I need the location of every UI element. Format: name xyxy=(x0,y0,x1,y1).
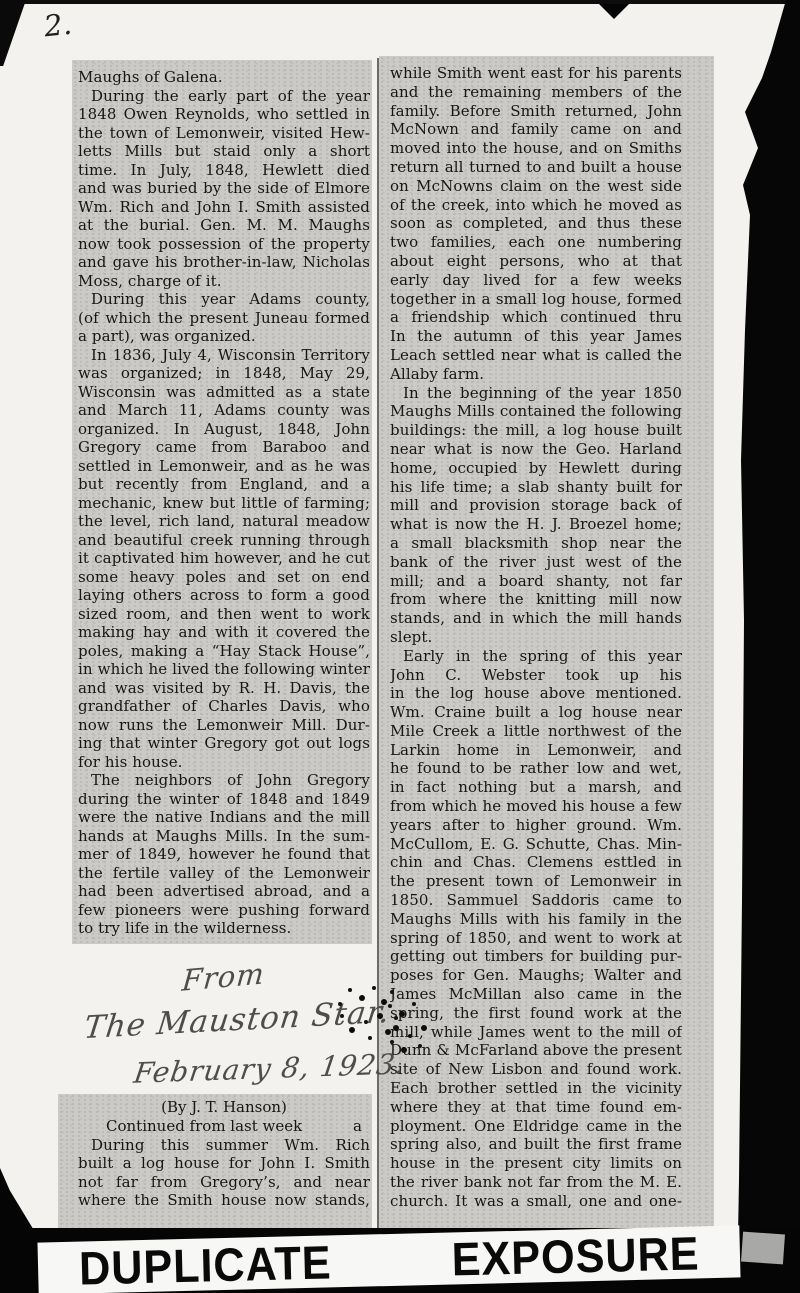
ink-splatter xyxy=(338,1002,342,1006)
text-line: McCullom, E. G. Schutte, Chas. Min- xyxy=(390,835,682,854)
text-line: Each brother settled in the vicinity xyxy=(390,1079,682,1098)
text-line: where they at that time found em- xyxy=(390,1098,682,1117)
text-line: Gregory came from Baraboo and xyxy=(78,438,370,457)
text-line: McNown and family came on and xyxy=(390,120,682,139)
article-left-column-bottom: During this summer Wm. Richbuilt a log h… xyxy=(78,1136,370,1210)
text-line: organized. In August, 1848, John xyxy=(78,420,370,439)
text-line: years after to higher ground. Wm. xyxy=(390,816,682,835)
text-line: not far from Gregory’s, and near xyxy=(78,1173,370,1192)
text-line: John C. Webster took up his residence xyxy=(390,666,682,685)
text-line: mill and provision storage back of xyxy=(390,496,682,515)
text-line: the fertile valley of the Lemonweir xyxy=(78,864,370,883)
text-line: slept. xyxy=(390,628,682,647)
photo-tear-fragment xyxy=(741,1232,785,1265)
text-line: now runs the Lemonweir Mill. Dur- xyxy=(78,716,370,735)
text-line: In the beginning of the year 1850 xyxy=(390,384,682,403)
text-line: during the winter of 1848 and 1849 xyxy=(78,790,370,809)
text-line: in fact nothing but a marsh, and xyxy=(390,778,682,797)
article-byline-section: (By J. T. Hanson) Continued from last we… xyxy=(58,1094,372,1232)
text-line: hands at Maughs Mills. In the sum- xyxy=(78,827,370,846)
stamp-word-exposure: EXPOSURE xyxy=(451,1225,700,1286)
text-line: ing that winter Gregory got out logs xyxy=(78,734,370,753)
text-line: while Smith went east for his parents xyxy=(390,64,682,83)
text-line: the present town of Lemonweir in xyxy=(390,872,682,891)
paragraph: Maughs of Galena. xyxy=(78,68,368,87)
text-line: time. In July, 1848, Hewlett died xyxy=(78,161,370,180)
text-line: spring of 1850, and went to work at xyxy=(390,929,682,948)
ink-splatter xyxy=(388,1004,392,1008)
text-line: was organized; in 1848, May 29, xyxy=(78,364,370,383)
text-line: buildings: the mill, a log house built xyxy=(390,421,682,440)
text-line: ployment. One Eldridge came in the xyxy=(390,1117,682,1136)
handwriting-line-date: February 8, 1923. xyxy=(132,1047,408,1090)
paragraph: The neighbors of John Gregoryduring the … xyxy=(78,771,368,938)
paragraph: In 1836, July 4, Wisconsin Territorywas … xyxy=(78,346,368,772)
text-line: together in a small log house, formed xyxy=(390,290,682,309)
text-line: had been advertised abroad, and a xyxy=(78,882,370,901)
photo-corner-top-left xyxy=(0,0,26,66)
text-line: from where the knitting mill now xyxy=(390,590,682,609)
text-line: in the log house above mentioned. xyxy=(390,684,682,703)
text-line: a small blacksmith shop near the xyxy=(390,534,682,553)
text-line: where the Smith house now stands, xyxy=(78,1191,370,1210)
continued-line: Continued from last week a xyxy=(78,1117,370,1136)
text-line: were the native Indians and the mill xyxy=(78,808,370,827)
text-line: for his house. xyxy=(78,753,370,772)
text-line: return all turned to and built a house xyxy=(390,158,682,177)
stamp-word-duplicate: DUPLICATE xyxy=(78,1234,332,1293)
text-line: it captivated him however, and he cut xyxy=(78,549,370,568)
text-line: and was buried by the side of Elmore xyxy=(78,179,370,198)
text-line: and was visited by R. H. Davis, the xyxy=(78,679,370,698)
text-line: early day lived for a few weeks xyxy=(390,271,682,290)
text-line: letts Mills but staid only a short xyxy=(78,142,370,161)
text-line: at the burial. Gen. M. M. Maughs xyxy=(78,216,370,235)
text-line: Larkin home in Lemonweir, and which xyxy=(390,741,682,760)
text-line: getting out timbers for building pur- xyxy=(390,947,682,966)
text-line: to try life in the wilderness. xyxy=(78,919,370,938)
text-line: home, occupied by Hewlett during xyxy=(390,459,682,478)
article-right-column: while Smith went east for his parentsand… xyxy=(379,56,714,1230)
text-line: the town of Lemonweir, visited Hew- xyxy=(78,124,370,143)
page-number: 2. xyxy=(42,7,73,44)
text-line: Mile Creek a little northwest of the xyxy=(390,722,682,741)
text-line: Dunn & McFarland above the present xyxy=(390,1041,682,1060)
text-line: moved into the house, and on Smiths xyxy=(390,139,682,158)
article-left-column: Maughs of Galena.During the early part o… xyxy=(72,60,372,944)
text-line: James McMillan also came in the xyxy=(390,985,682,1004)
text-line: about eight persons, who at that xyxy=(390,252,682,271)
text-line: from which he moved his house a few xyxy=(390,797,682,816)
text-line: built a log house for John I. Smith xyxy=(78,1154,370,1173)
text-line: and beautiful creek running through xyxy=(78,531,370,550)
text-line: poses for Gen. Maughs; Walter and xyxy=(390,966,682,985)
text-line: During this summer Wm. Rich xyxy=(78,1136,370,1155)
text-line: a friendship which continued thru life. xyxy=(390,308,682,327)
paragraph: Early in the spring of this yearJohn C. … xyxy=(390,647,714,1211)
text-line: bank of the river just west of the xyxy=(390,553,682,572)
text-line: what is now the H. J. Broezel home; xyxy=(390,515,682,534)
text-line: in which he lived the following winter xyxy=(78,660,370,679)
text-line: In 1836, July 4, Wisconsin Territory xyxy=(78,346,370,365)
text-line: and March 11, Adams county was xyxy=(78,401,370,420)
text-line: grandfather of Charles Davis, who xyxy=(78,697,370,716)
text-line: house in the present city limits on xyxy=(390,1154,682,1173)
text-line: poles, making a “Hay Stack House”, xyxy=(78,642,370,661)
byline: (By J. T. Hanson) xyxy=(78,1098,370,1117)
text-line: making hay and with it covered the xyxy=(78,623,370,642)
text-line: near what is now the Geo. Harland xyxy=(390,440,682,459)
text-line: Maughs of Galena. xyxy=(78,68,370,87)
handwriting-line-from: From xyxy=(181,956,267,998)
text-line: Allaby farm. xyxy=(390,365,682,384)
text-line: stands, and in which the mill hands xyxy=(390,609,682,628)
text-line: spring also, and built the first frame xyxy=(390,1135,682,1154)
text-line: 1848 Owen Reynolds, who settled in xyxy=(78,105,370,124)
text-line: some heavy poles and set on end xyxy=(78,568,370,587)
text-line: Early in the spring of this year xyxy=(390,647,682,666)
paragraph: while Smith went east for his parentsand… xyxy=(390,64,714,384)
text-line: church. It was a small, one and one- xyxy=(390,1192,682,1211)
text-line: mill, while James went to the mill of xyxy=(390,1023,682,1042)
text-line: 1850. Sammuel Saddoris came to xyxy=(390,891,682,910)
text-line: on McNowns claim on the west side xyxy=(390,177,682,196)
handwriting-line-source: The Mauston Star. xyxy=(82,994,392,1046)
text-line: Maughs Mills with his family in the xyxy=(390,910,682,929)
text-line: but recently from England, and a xyxy=(78,475,370,494)
text-line: sized room, and then went to work xyxy=(78,605,370,624)
text-line: Wm. Rich and John I. Smith assisted xyxy=(78,198,370,217)
text-line: he found to be rather low and wet, xyxy=(390,759,682,778)
text-line: During this year Adams county, xyxy=(78,290,370,309)
text-line: few pioneers were pushing forward xyxy=(78,901,370,920)
photo-tear-triangle-icon xyxy=(599,4,629,19)
text-line: now took possession of the property xyxy=(78,235,370,254)
photo-edge-top xyxy=(0,0,800,4)
text-line: Wm. Craine built a log house near xyxy=(390,703,682,722)
text-line: Maughs Mills contained the following xyxy=(390,402,682,421)
text-line: the river bank not far from the M. E. xyxy=(390,1173,682,1192)
text-line: Moss, charge of it. xyxy=(78,272,370,291)
paragraph: During this year Adams county,(of which … xyxy=(78,290,368,346)
text-line: site of New Lisbon and found work. xyxy=(390,1060,682,1079)
text-line: mechanic, knew but little of farming; xyxy=(78,494,370,513)
text-line: of the creek, into which he moved as xyxy=(390,196,682,215)
text-line: mer of 1849, however he found that xyxy=(78,845,370,864)
text-line: In the autumn of this year James xyxy=(390,327,682,346)
text-line: and the remaining members of the xyxy=(390,83,682,102)
paragraph: During the early part of the year1848 Ow… xyxy=(78,87,368,291)
continued-text: Continued from last week xyxy=(78,1117,302,1136)
text-line: the level, rich land, natural meadow xyxy=(78,512,370,531)
text-line: laying others across to form a good xyxy=(78,586,370,605)
paragraph: In the beginning of the year 1850Maughs … xyxy=(390,384,714,647)
text-line: (of which the present Juneau formed xyxy=(78,309,370,328)
text-line: chin and Chas. Clemens esttled in xyxy=(390,853,682,872)
text-line: mill; and a board shanty, not far xyxy=(390,572,682,591)
text-line: family. Before Smith returned, John xyxy=(390,102,682,121)
text-line: During the early part of the year xyxy=(78,87,370,106)
text-line: spring, the first found work at the xyxy=(390,1004,682,1023)
text-line: two families, each one numbering xyxy=(390,233,682,252)
continued-trailing-char: a xyxy=(353,1117,370,1136)
text-line: soon as completed, and thus these xyxy=(390,214,682,233)
paragraph: During this summer Wm. Richbuilt a log h… xyxy=(78,1136,370,1210)
text-line: Wisconsin was admitted as a state xyxy=(78,383,370,402)
text-line: The neighbors of John Gregory xyxy=(78,771,370,790)
text-line: a part), was organized. xyxy=(78,327,370,346)
text-line: Leach settled near what is called the xyxy=(390,346,682,365)
text-line: his life time; a slab shanty built for xyxy=(390,478,682,497)
text-line: settled in Lemonweir, and as he was xyxy=(78,457,370,476)
text-line: and gave his brother-in-law, Nicholas xyxy=(78,253,370,272)
